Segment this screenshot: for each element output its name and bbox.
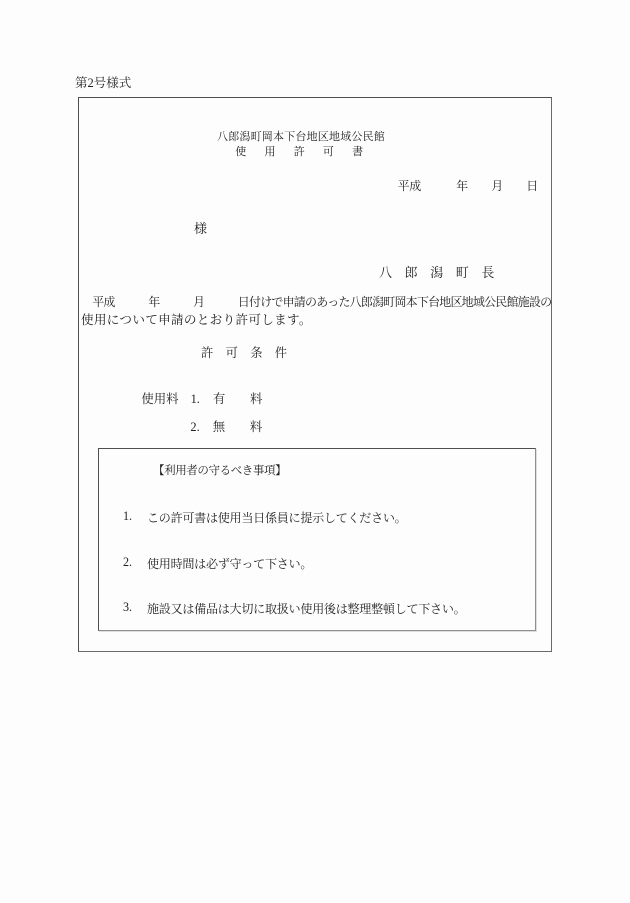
- conditions-heading: 許 可 条 件: [201, 343, 287, 361]
- notice-item-3-text: 施設又は備品は大切に取扱い使用後は整理整頓して下さい。: [147, 600, 465, 617]
- document-title: 八郎潟町岡本下台地区地域公民館: [79, 128, 523, 144]
- body-paragraph-line-2: 使用について申請のとおり許可します。: [81, 309, 551, 328]
- notice-item-3-number: 3.: [123, 600, 132, 615]
- issue-date-line: 平成 年 月 日: [398, 177, 538, 194]
- document-subtitle: 使 用 許 可 書: [79, 143, 523, 159]
- form-number-label: 第2号様式: [75, 76, 131, 90]
- fee-option-2-number: 2.: [190, 420, 199, 434]
- body-paragraph-line-1: 平成 年 月 日付けで申請のあった八郎潟町岡本下台地区地域公民館施設の: [81, 293, 551, 310]
- notice-item-1-text: この許可書は使用当日係員に提示してください。: [147, 509, 406, 526]
- notice-item: 1. この許可書は使用当日係員に提示してください。: [99, 509, 535, 524]
- issuer-title: 八 郎 潟 町 長: [379, 262, 494, 281]
- notice-item-1-number: 1.: [123, 509, 132, 524]
- notice-heading: 【利用者の守るべき事項】: [153, 462, 286, 478]
- recipient-honorific: 様: [194, 218, 207, 237]
- notice-item-2-number: 2.: [123, 555, 132, 570]
- notice-item: 2. 使用時間は必ず守って下さい。: [99, 555, 535, 570]
- notice-item: 3. 施設又は備品は大切に取扱い使用後は整理整頓して下さい。: [99, 600, 535, 615]
- fee-option-row-2: 2.無 料: [178, 402, 262, 450]
- document-frame: 八郎潟町岡本下台地区地域公民館 使 用 許 可 書 平成 年 月 日 様 八 郎…: [78, 97, 552, 652]
- notice-item-2-text: 使用時間は必ず守って下さい。: [147, 555, 312, 572]
- notice-box: 【利用者の守るべき事項】 1. この許可書は使用当日係員に提示してください。 2…: [98, 448, 536, 631]
- fee-label: 使用料: [141, 392, 178, 406]
- fee-option-2-label: 無 料: [213, 420, 263, 434]
